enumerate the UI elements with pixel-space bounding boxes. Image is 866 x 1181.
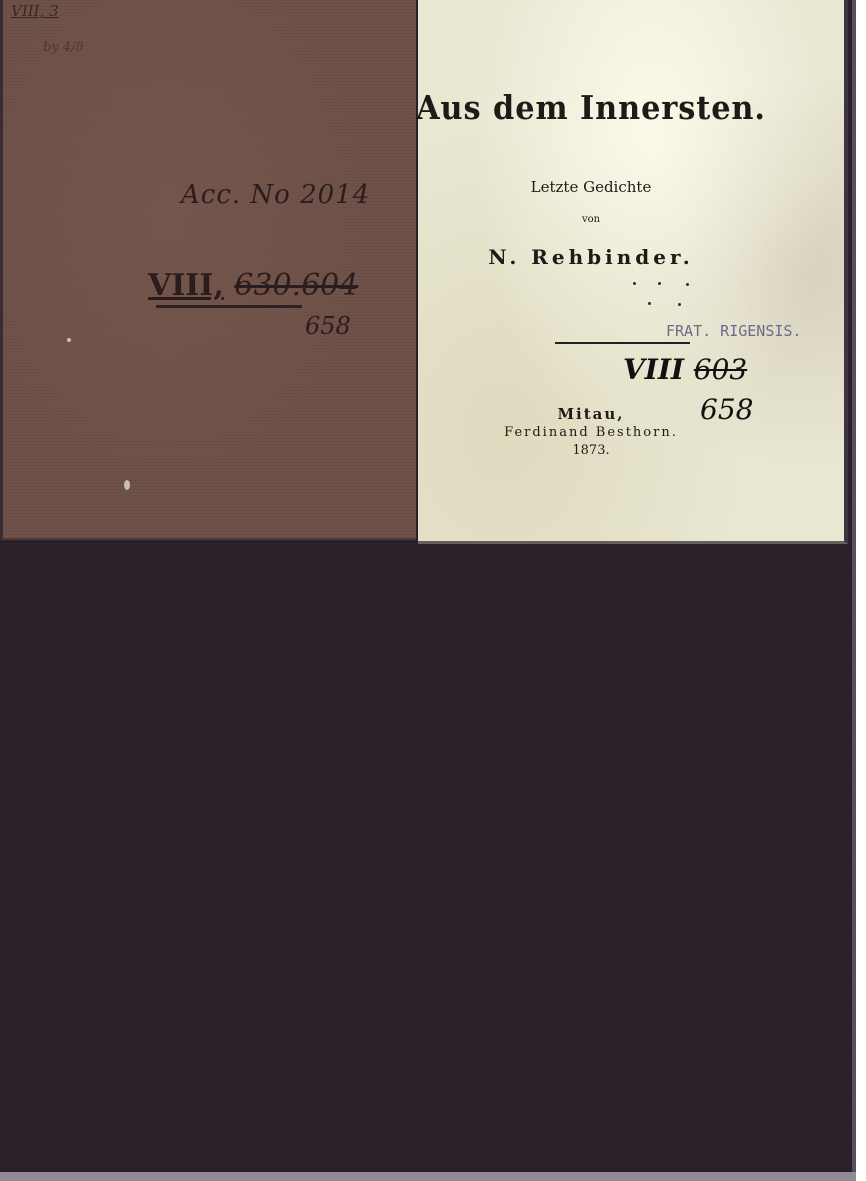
publication-place: Mitau, — [378, 405, 804, 423]
cover-shelfmark-note: by 4/8 — [43, 40, 84, 55]
ink-speck — [686, 283, 689, 286]
book-author: N. Rehbinder. — [378, 245, 804, 269]
cover-shelfmark-roman: VIII, — [148, 268, 224, 303]
accession-number: Acc. No 2014 — [181, 180, 370, 210]
title-page: Aus dem Innersten. Letzte Gedichte von N… — [418, 0, 848, 544]
cover-shelfmark-top: VIII, 3 — [11, 2, 59, 20]
library-stamp: FRAT. RIGENSIS. — [666, 322, 801, 340]
scanner-edge-strip — [0, 1172, 856, 1181]
cover-spot — [124, 480, 130, 490]
ink-speck — [633, 282, 636, 285]
cover-shelfmark-underline — [156, 305, 302, 308]
book-title: Aus dem Innersten. — [395, 88, 787, 127]
ink-speck — [658, 282, 661, 285]
cover-spot — [67, 338, 71, 342]
title-page-shelfmark: VIII 603 — [623, 353, 747, 386]
by-label: von — [378, 214, 804, 225]
title-page-rule — [555, 342, 690, 344]
title-page-shelfmark-roman: VIII — [623, 353, 684, 386]
publication-year: 1873. — [378, 443, 804, 458]
book-subtitle: Letzte Gedichte — [378, 178, 804, 196]
cover-shelfmark: VIII, 630.604 — [148, 268, 358, 303]
title-page-shelfmark-struck: 603 — [694, 353, 747, 386]
cover-shelfmark-struck: 630.604 — [234, 268, 358, 303]
ink-speck — [648, 302, 651, 305]
book-cover: VIII, 3 by 4/8 Acc. No 2014 VIII, 630.60… — [0, 0, 416, 540]
cover-shelfmark-new: 658 — [305, 312, 351, 340]
publisher: Ferdinand Besthorn. — [378, 425, 804, 440]
ink-speck — [678, 303, 681, 306]
